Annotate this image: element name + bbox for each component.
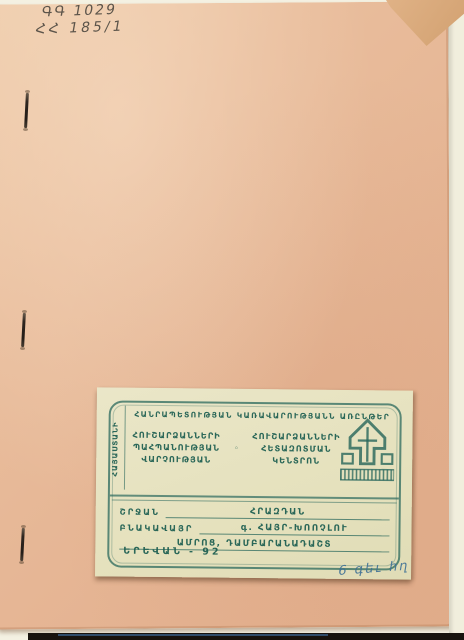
organization-names: ՀՈՒՇԱՐՁԱՆՆԵՐԻ ՊԱՀՊԱՆՈՒԹՅԱՆ ՎԱՐՉՈՒԹՅԱՆ ◦ … <box>132 429 340 467</box>
region-row: ՇՐՋԱՆ ՀՐԱԶԴԱՆ <box>120 505 390 521</box>
stamp-border: ՀԱՅԱՍՏԱՆԻ ՀԱՆՐԱՊԵՏՈՒԹՅԱՆ ԿԱՌԱՎԱՐՈՒԹՅԱՆՆ … <box>107 400 402 570</box>
arch-cross-emblem-icon <box>340 417 395 486</box>
scan-edge <box>28 633 464 640</box>
country-vertical-text: ՀԱՅԱՍՏԱՆԻ <box>111 408 124 490</box>
org-column-right: ՀՈՒՇԱՐՁԱՆՆԵՐԻ ՀԵՏԱԶՈՏՄԱՆ ԿԵՆՏՐՈՆ <box>252 430 341 467</box>
vertical-strip: ՀԱՅԱՍՏԱՆԻ <box>111 406 126 490</box>
settlement-row: ԲՆԱԿԱՎԱՅՐ գ. ՀԱՅՐ-ԽՈՈՉԼՈՒ <box>119 521 389 537</box>
settlement-label: ԲՆԱԿԱՎԱՅՐ <box>119 522 193 535</box>
city-year-text: ԵՐԵՎԱՆ - 92 <box>123 546 221 558</box>
separator-dot: ◦ <box>232 443 241 452</box>
region-value: ՀՐԱԶԴԱՆ <box>166 505 390 520</box>
settlement-value: գ. ՀԱՅՐ-ԽՈՈՉԼՈՒ <box>199 521 389 536</box>
pencil-inventory-numbers: ԳԳ 1029 ՀՀ 185/1 <box>37 1 129 38</box>
region-label: ՇՐՋԱՆ <box>120 506 160 518</box>
monument-passport-label: ՀԱՅԱՍՏԱՆԻ ՀԱՆՐԱՊԵՏՈՒԹՅԱՆ ԿԱՌԱՎԱՐՈՒԹՅԱՆՆ … <box>95 387 413 579</box>
org-column-left: ՀՈՒՇԱՐՁԱՆՆԵՐԻ ՊԱՀՊԱՆՈՒԹՅԱՆ ՎԱՐՉՈՒԹՅԱՆ <box>132 429 221 466</box>
inventory-number-line2: ՀՀ 185/1 <box>34 19 126 39</box>
inventory-number-line1: ԳԳ 1029 <box>40 2 118 21</box>
label-header-section: ՀԱՅԱՍՏԱՆԻ ՀԱՆՐԱՊԵՏՈՒԹՅԱՆ ԿԱՌԱՎԱՐՈՒԹՅԱՆՆ … <box>110 402 400 499</box>
scanned-document: ԳԳ 1029 ՀՀ 185/1 ՀԱՅԱՍՏԱՆԻ ՀԱՆՐԱՊԵՏՈՒԹՅԱ… <box>0 0 464 640</box>
scanner-margin <box>449 0 464 640</box>
scan-edge-blue-line <box>58 634 328 636</box>
